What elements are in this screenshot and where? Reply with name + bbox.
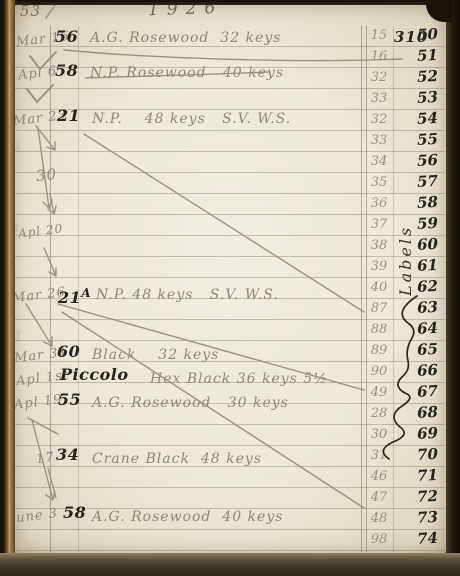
pencil-column-value: 34 <box>366 155 392 169</box>
entry-serial-number: 21A <box>58 285 91 306</box>
ink-serial-value: 72 <box>394 488 439 506</box>
pencil-column-value: 32 <box>366 71 392 85</box>
pencil-column-value: 40 <box>366 281 392 295</box>
ink-serial-value: 73 <box>394 509 439 527</box>
pencil-column-value: 35 <box>366 176 392 190</box>
ink-serial-value: 69 <box>394 425 439 443</box>
pencil-column-value: 28 <box>366 407 392 421</box>
pencil-column-value: 33 <box>366 92 392 106</box>
pencil-column-value: 31 <box>366 449 392 463</box>
pencil-column-value: 33 <box>366 134 392 148</box>
vertical-annotation-labels: Labels <box>396 116 418 296</box>
entry-description: Crane Black 48 keys <box>92 452 262 467</box>
pencil-column-value: 36 <box>366 197 392 211</box>
ledger-scan: 53 1926 Mar 1656A.G. Rosewood 32 keysApl… <box>0 0 460 576</box>
margin-note-30: 30 <box>35 167 58 184</box>
entry-serial-number: 21 <box>57 107 80 124</box>
book-binding-edge <box>0 0 15 576</box>
ink-serial-value: 70 <box>394 446 439 464</box>
entry-serial-number: 58 <box>55 62 78 79</box>
ink-serial-value: 53 <box>394 89 439 107</box>
pencil-column-value: 32 <box>366 113 392 127</box>
entry-description: N.P. 48 keys S.V. W.S. <box>96 288 279 303</box>
entry-description: Black 32 keys <box>92 348 219 363</box>
pencil-column-value: 98 <box>366 533 392 547</box>
scan-edge-top <box>0 0 460 5</box>
entry-description: N.P. 48 keys S.V. W.S. <box>92 112 291 127</box>
entry-description: Hex Black 36 keys 5½ <box>150 372 328 387</box>
entry-serial-number: 58 <box>63 504 86 521</box>
page-corner-number: 53 <box>20 4 41 19</box>
pencil-column-value: 38 <box>366 239 392 253</box>
entry-serial-number: 34 <box>56 446 79 463</box>
pencil-column-value: 87 <box>366 302 392 316</box>
entry-serial-number: 60 <box>57 343 80 360</box>
pencil-column-value: 46 <box>366 470 392 484</box>
entry-serial-number: 55 <box>58 391 81 408</box>
scan-edge-right <box>446 0 460 576</box>
pencil-column-value: 39 <box>366 260 392 274</box>
entry-serial-number: Piccolo <box>60 366 129 383</box>
entry-description: A.G. Rosewood 32 keys <box>90 31 281 46</box>
entry-date: 17 <box>35 450 55 467</box>
ink-serial-value: 51 <box>394 47 439 65</box>
ink-serial-value: 71 <box>394 467 439 485</box>
entry-serial-number: 56 <box>55 28 78 45</box>
pencil-column-value: 37 <box>366 218 392 232</box>
entry-serial-superscript: A <box>81 286 91 300</box>
pencil-column-value: 90 <box>366 365 392 379</box>
ink-serial-value: 66 <box>394 362 439 380</box>
pencil-column-value: 48 <box>366 512 392 526</box>
pencil-column-value: 49 <box>366 386 392 400</box>
ink-prefix-310: 310 <box>394 28 428 46</box>
pencil-column-value: 89 <box>366 344 392 358</box>
pencil-column-value: 15 <box>366 29 392 43</box>
pencil-column-value: 88 <box>366 323 392 337</box>
entry-description: A.G. Rosewood 30 keys <box>92 396 289 411</box>
ink-serial-value: 68 <box>394 404 439 422</box>
ink-serial-value: 65 <box>394 341 439 359</box>
ink-serial-value: 64 <box>394 320 439 338</box>
ink-serial-value: 63 <box>394 299 439 317</box>
entry-description: N.P. Rosewood 40 keys <box>90 66 284 81</box>
pencil-column-value: 30 <box>366 428 392 442</box>
scan-edge-bottom <box>0 553 460 576</box>
ink-serial-value: 52 <box>394 68 439 86</box>
ink-serial-value: 74 <box>394 530 439 548</box>
pencil-column-value: 16 <box>366 50 392 64</box>
pencil-column-value: 47 <box>366 491 392 505</box>
entry-description: A.G. Rosewood 40 keys <box>92 510 283 525</box>
number-column-rule-1 <box>361 26 362 552</box>
ink-serial-value: 67 <box>394 383 439 401</box>
